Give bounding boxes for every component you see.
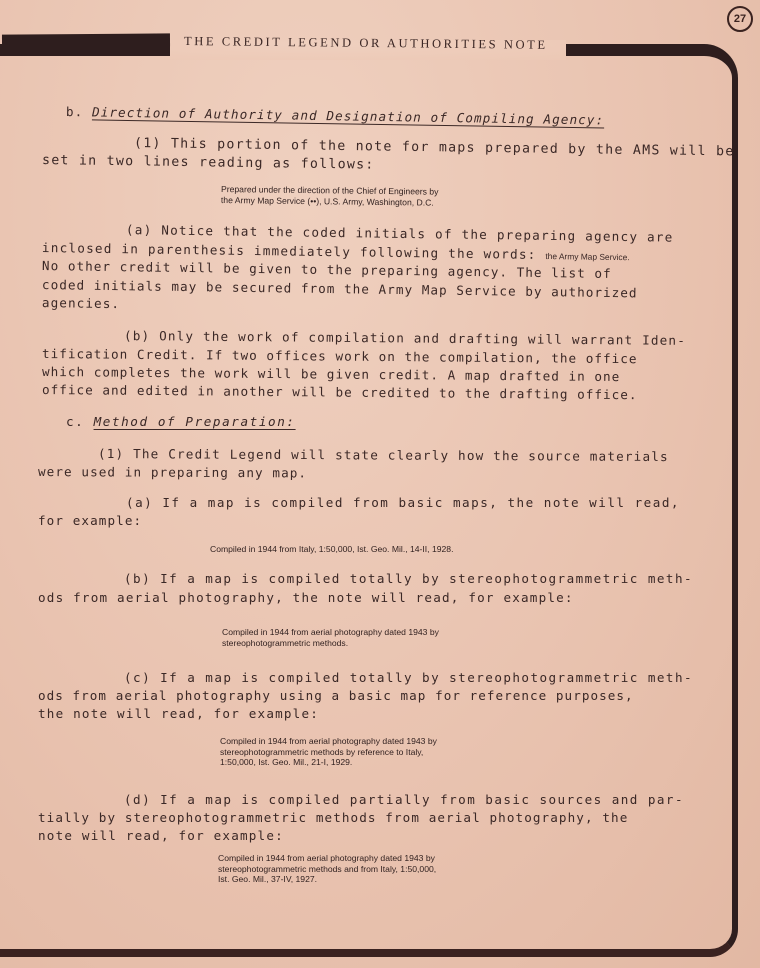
section-c-pb-line2: ods from aerial photography, the note wi… xyxy=(38,590,574,605)
section-b-pb-line3: which completes the work will be given c… xyxy=(42,364,620,384)
section-c-p1-line1: (1) The Credit Legend will state clearly… xyxy=(98,446,669,464)
section-b-pa-line4: coded initials may be secured from the A… xyxy=(42,277,638,300)
section-c-p1-line2: were used in preparing any map. xyxy=(38,464,307,480)
quote-example-stereophotogrammetric: Compiled in 1944 from aerial photography… xyxy=(222,627,439,648)
quote-prepared-under: Prepared under the direction of the Chie… xyxy=(221,184,439,208)
section-c-pc-line3: the note will read, for example: xyxy=(38,706,319,721)
section-b-pa-line1: (a) Notice that the coded initials of th… xyxy=(126,222,674,245)
section-c-pa-line2: for example: xyxy=(38,513,142,528)
section-b-pb-line1: (b) Only the work of compilation and dra… xyxy=(124,328,686,348)
section-b-pb-line4: office and edited in another will be cre… xyxy=(42,382,638,402)
section-c-heading-text: Method of Preparation: xyxy=(94,414,296,429)
section-c-heading: c. Method of Preparation: xyxy=(66,414,296,429)
quote-line: stereophotogrammetric methods and from I… xyxy=(218,864,436,875)
quote-example-reference-map: Compiled in 1944 from aerial photography… xyxy=(220,736,437,768)
section-c-pc-line1: (c) If a map is compiled totally by ster… xyxy=(124,670,693,685)
quote-example-basic-maps: Compiled in 1944 from Italy, 1:50,000, I… xyxy=(210,544,453,555)
quote-line: Compiled in 1944 from Italy, 1:50,000, I… xyxy=(210,544,453,555)
document-body: b. Direction of Authority and Designatio… xyxy=(0,0,760,968)
section-c-pc-line2: ods from aerial photography using a basi… xyxy=(38,688,634,703)
section-b-pb-line2: tification Credit. If two offices work o… xyxy=(42,346,638,366)
quote-line: Compiled in 1944 from aerial photography… xyxy=(220,736,437,747)
quote-line: stereophotogrammetric methods. xyxy=(222,638,439,649)
section-b-p1-line2: set in two lines reading as follows: xyxy=(42,153,375,173)
quote-line: Ist. Geo. Mil., 37-IV, 1927. xyxy=(218,874,436,885)
section-c-pd-line2: tially by stereophotogrammetric methods … xyxy=(38,810,628,825)
section-b-pa-line5: agencies. xyxy=(42,295,120,311)
quote-line: Compiled in 1944 from aerial photography… xyxy=(222,627,439,638)
section-c-pb-line1: (b) If a map is compiled totally by ster… xyxy=(124,571,693,586)
quote-line: the Army Map Service (••), U.S. Army, Wa… xyxy=(221,195,438,208)
section-b-heading-text: Direction of Authority and Designation o… xyxy=(92,104,604,127)
section-c-pd-line1: (d) If a map is compiled partially from … xyxy=(124,792,684,807)
section-b-label: b. xyxy=(66,104,84,119)
section-b-heading: b. Direction of Authority and Designatio… xyxy=(66,104,604,127)
section-c-pa-line1: (a) If a map is compiled from basic maps… xyxy=(126,495,680,510)
quote-line: Compiled in 1944 from aerial photography… xyxy=(218,853,436,864)
inline-quote-army-map-service: the Army Map Service. xyxy=(545,251,629,262)
section-c-label: c. xyxy=(66,414,84,429)
quote-example-partial-sources: Compiled in 1944 from aerial photography… xyxy=(218,853,436,885)
quote-line: 1:50,000, Ist. Geo. Mil., 21-I, 1929. xyxy=(220,757,437,768)
quote-line: stereophotogrammetric methods by referen… xyxy=(220,747,437,758)
section-c-pd-line3: note will read, for example: xyxy=(38,828,284,843)
